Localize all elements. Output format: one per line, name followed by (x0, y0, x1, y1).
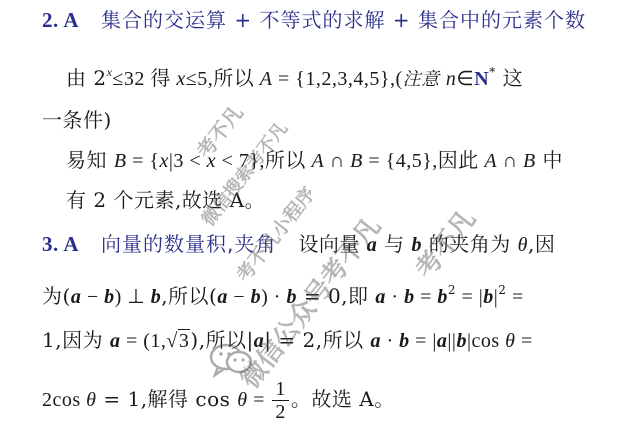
wechat-icon (208, 340, 256, 380)
var-x: x (176, 68, 185, 90)
vector-b: b (286, 286, 297, 308)
text: ≤5,所以 (186, 68, 260, 90)
vector-b: b (251, 286, 262, 308)
exponent: 2 (448, 283, 456, 297)
vector-a: a (375, 286, 386, 308)
text: 的夹角为 (422, 232, 518, 256)
text: |cos (467, 330, 505, 352)
set-A-value: = {1,2,3,4,5},( (273, 68, 403, 90)
var-A: A (311, 150, 324, 172)
minus: − (81, 286, 104, 308)
var-A: A (260, 68, 273, 90)
var-x: x (207, 150, 216, 172)
var-theta: θ (86, 389, 96, 411)
minus: − (228, 286, 251, 308)
radicand: 3 (178, 329, 191, 352)
text: ≤32 得 (112, 68, 176, 90)
vector-b: b (483, 286, 494, 308)
q3-heading: 3. A向量的数量积,夹角设向量 a 与 b 的夹角为 θ,因 (42, 230, 555, 259)
q3-topic: 向量的数量积,夹角 (101, 232, 276, 256)
sqrt-icon: √ (166, 330, 177, 352)
vector-a: a (110, 330, 121, 352)
text: = 0,即 (297, 284, 375, 308)
text: ) ⊥ (115, 286, 151, 308)
vector-b: b (404, 286, 415, 308)
vector-b: b (399, 330, 410, 352)
var-theta: θ (518, 234, 528, 256)
text: = 1,解得 cos (97, 387, 238, 411)
intersection-symbol: ∩ (497, 150, 523, 172)
var-B: B (350, 150, 363, 172)
var-B: B (114, 150, 127, 172)
sqrt-expression: √3 (166, 329, 190, 352)
text: 设向量 (298, 232, 366, 256)
q3-line-3: 1,因为 a = (1,√3),所以|a| = 2,所以 a · b = |a|… (42, 326, 533, 355)
text: 中 (536, 148, 563, 172)
text: ) · (261, 286, 286, 308)
equals: = (515, 330, 532, 352)
q2-line-1: 由 2x≤32 得 x≤5,所以 A = {1,2,3,4,5},(注意 n∈N… (66, 58, 523, 94)
text: 与 (377, 232, 411, 256)
vector-b: b (151, 286, 162, 308)
numerator: 1 (272, 378, 289, 401)
var-theta: θ (237, 389, 247, 411)
text: = | (410, 330, 437, 352)
note-text: 注意 (403, 69, 446, 90)
vector-b: b (411, 234, 422, 256)
var-n: n (446, 68, 457, 90)
text: 这 (496, 66, 523, 90)
q2-heading: 2. A集合的交运算 + 不等式的求解 + 集合中的元素个数 (42, 6, 586, 34)
text: 由 2 (66, 66, 107, 90)
var-theta: θ (505, 330, 515, 352)
text: ,因 (528, 232, 555, 256)
text: | = 2,所以 (264, 328, 370, 352)
vector-a: a (217, 286, 228, 308)
q3-line-4: 2cos θ = 1,解得 cos θ = 12。故选 A。 (42, 378, 395, 423)
var-B: B (523, 150, 536, 172)
text: 为( (42, 284, 71, 308)
var-A: A (484, 150, 497, 172)
text: < 7},所以 (216, 150, 311, 172)
vector-a: a (370, 330, 381, 352)
q2-line-3: 易知 B = {x|3 < x < 7},所以 A ∩ B = {4,5},因此… (66, 146, 563, 175)
equals: = (248, 389, 271, 411)
vector-b: b (456, 330, 467, 352)
fraction-one-half: 12 (272, 378, 289, 423)
equals: = (506, 286, 523, 308)
text: ,所以( (161, 284, 217, 308)
dot-operator: · (386, 286, 404, 308)
text: = {4,5},因此 (363, 150, 484, 172)
q2-number: 2. A (42, 8, 79, 32)
q2-line-2: 一条件) (42, 106, 112, 134)
q2-topic: 集合的交运算 + 不等式的求解 + 集合中的元素个数 (101, 8, 586, 32)
denominator: 2 (272, 401, 289, 423)
text: 。故选 A。 (291, 387, 395, 411)
var-x: x (159, 150, 168, 172)
q2-line-4: 有 2 个元素,故选 A。 (66, 186, 265, 214)
text: = | (456, 286, 483, 308)
natural-numbers-symbol: N (474, 68, 489, 90)
vector-b: b (104, 286, 115, 308)
vector-a: a (367, 234, 378, 256)
text: = { (127, 150, 160, 172)
vector-a: a (437, 330, 448, 352)
text: = (1, (120, 330, 166, 352)
element-of: ∈ (456, 68, 474, 90)
text: 1,因为 (42, 328, 110, 352)
text: 易知 (66, 148, 114, 172)
q3-intro: 设向量 a 与 b 的夹角为 θ,因 (298, 232, 555, 256)
text: |3 < (169, 150, 207, 172)
vector-b: b (437, 286, 448, 308)
q3-number: 3. A (42, 232, 79, 256)
intersection-symbol: ∩ (324, 150, 350, 172)
answer-page: 2. A集合的交运算 + 不等式的求解 + 集合中的元素个数 由 2x≤32 得… (0, 0, 638, 437)
text: 2cos (42, 389, 86, 411)
dot-operator: · (381, 330, 399, 352)
q3-line-2: 为(a − b) ⊥ b,所以(a − b) · b = 0,即 a · b =… (42, 276, 524, 311)
vector-a: a (71, 286, 82, 308)
equals: = (415, 286, 438, 308)
